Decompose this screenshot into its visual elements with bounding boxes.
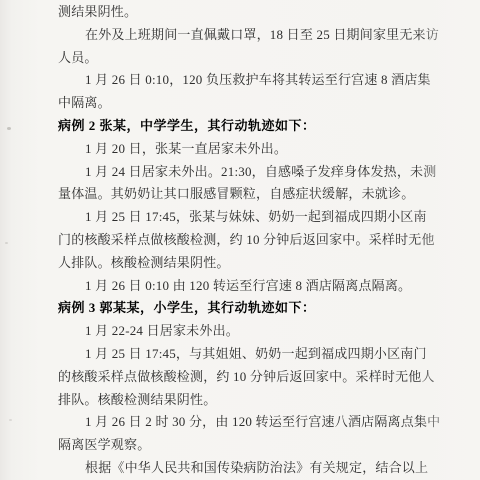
document-page: 测结果阴性。在外及上班期间一直佩戴口罩，18 日至 25 日期间家里无来访人员。… <box>0 0 480 480</box>
document-line: 1 月 24 日居家未外出。21:30，自感嗓子发痒身体发热，未测 <box>58 161 438 184</box>
document-line: 1 月 25 日 17:45，张某与妹妹、奶奶一起到福成四期小区南 <box>58 206 438 229</box>
document-line: 测结果阴性。 <box>58 1 438 24</box>
document-body: 测结果阴性。在外及上班期间一直佩戴口罩，18 日至 25 日期间家里无来访人员。… <box>58 1 438 480</box>
document-line: 1 月 26 日 0:10，120 负压救护车将其转运至行宫速 8 酒店集 <box>58 69 438 92</box>
noise-speck <box>5 242 8 244</box>
document-line: 人员。 <box>58 47 438 70</box>
case-heading-line: 病例 2 张某，中学学生，其行动轨迹如下： <box>58 115 438 138</box>
noise-speck <box>9 419 12 421</box>
document-line: 排队。核酸检测结果阴性。 <box>58 389 438 412</box>
document-line: 中隔离。 <box>58 92 438 115</box>
document-line: 量体温。其奶奶让其口服感冒颗粒，自感症状缓解，未就诊。 <box>58 183 438 206</box>
document-line: 的核酸采样点做核酸检测，约 10 分钟后返回家中。采样时无他人 <box>58 366 438 389</box>
document-line: 根据《中华人民共和国传染病防治法》有关规定，结合以上 <box>58 457 438 480</box>
document-line: 隔离医学观察。 <box>58 434 438 457</box>
document-line: 1 月 26 日 2 时 30 分，由 120 转运至行宫速八酒店隔离点集中 <box>58 411 438 434</box>
document-line: 1 月 26 日 0:10 由 120 转运至行宫速 8 酒店隔离点隔离。 <box>58 275 438 298</box>
document-line: 人排队。核酸检测结果阴性。 <box>58 252 438 275</box>
noise-speck <box>7 127 11 130</box>
document-line: 1 月 25 日 17:45，与其姐姐、奶奶一起到福成四期小区南门 <box>58 343 438 366</box>
document-line: 门的核酸采样点做核酸检测，约 10 分钟后返回家中。采样时无他 <box>58 229 438 252</box>
document-line: 1 月 22-24 日居家未外出。 <box>58 320 438 343</box>
document-line: 1 月 20 日，张某一直居家未外出。 <box>58 138 438 161</box>
document-line: 在外及上班期间一直佩戴口罩，18 日至 25 日期间家里无来访 <box>58 24 438 47</box>
case-heading-line: 病例 3 郭某某，小学生，其行动轨迹如下： <box>58 297 438 320</box>
